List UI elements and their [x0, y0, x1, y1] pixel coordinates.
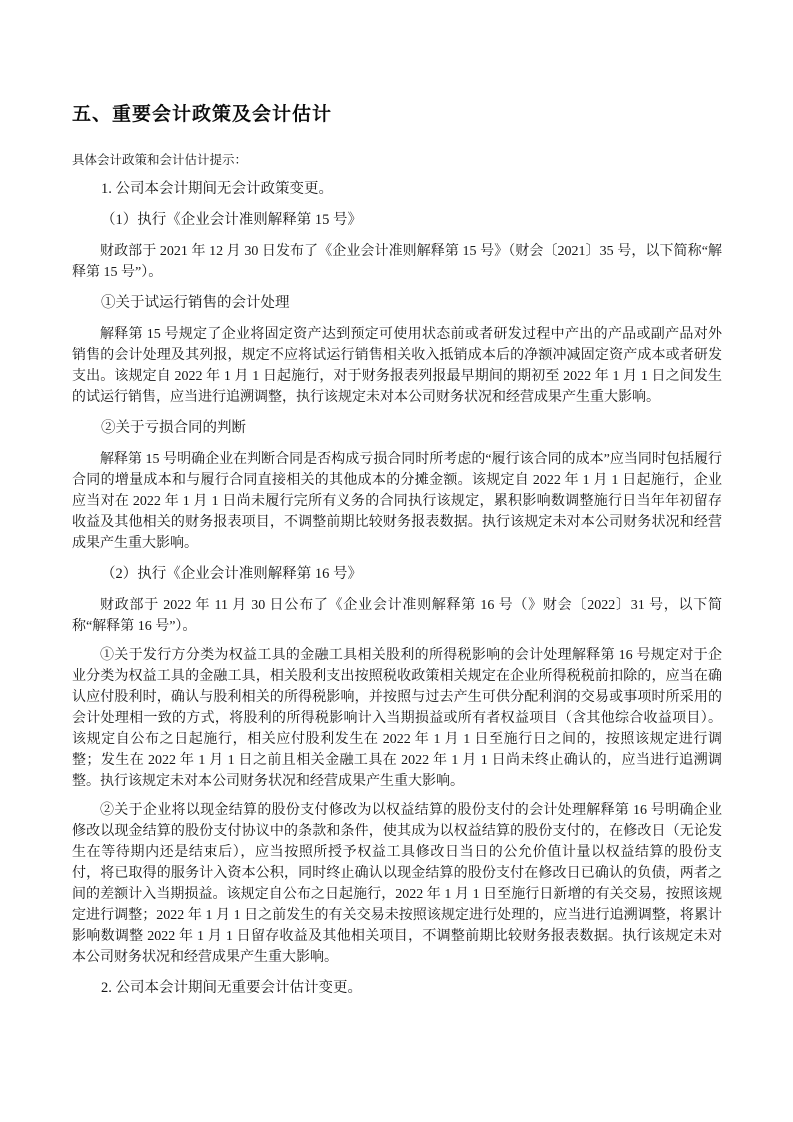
paragraph: ①关于发行方分类为权益工具的金融工具相关股利的所得税影响的会计处理解释第 16 …	[72, 645, 722, 792]
paragraph: 解释第 15 号明确企业在判断合同是否构成亏损合同时所考虑的“履行该合同的成本”…	[72, 449, 722, 554]
list-item: ②关于亏损合同的判断	[72, 418, 722, 439]
section-title: 五、重要会计政策及会计估计	[72, 102, 722, 128]
list-item: 1. 公司本会计期间无会计政策变更。	[72, 179, 722, 200]
list-item: 2. 公司本会计期间无重要会计估计变更。	[72, 978, 722, 999]
document-page: 五、重要会计政策及会计估计 具体会计政策和会计估计提示：1. 公司本会计期间无会…	[0, 0, 793, 1122]
list-item: （2）执行《企业会计准则解释第 16 号》	[72, 564, 722, 585]
paragraph: 财政部于 2021 年 12 月 30 日发布了《企业会计准则解释第 15 号》…	[72, 241, 722, 283]
paragraph: 解释第 15 号规定了企业将固定资产达到预定可使用状态前或者研发过程中产出的产品…	[72, 324, 722, 408]
list-item: ①关于试运行销售的会计处理	[72, 293, 722, 314]
document-body: 具体会计政策和会计估计提示：1. 公司本会计期间无会计政策变更。（1）执行《企业…	[72, 152, 722, 999]
paragraph: ②关于企业将以现金结算的股份支付修改为以权益结算的股份支付的会计处理解释第 16…	[72, 800, 722, 968]
paragraph: 财政部于 2022 年 11 月 30 日公布了《企业会计准则解释第 16 号（…	[72, 595, 722, 637]
note-line: 具体会计政策和会计估计提示：	[72, 152, 722, 169]
list-item: （1）执行《企业会计准则解释第 15 号》	[72, 210, 722, 231]
